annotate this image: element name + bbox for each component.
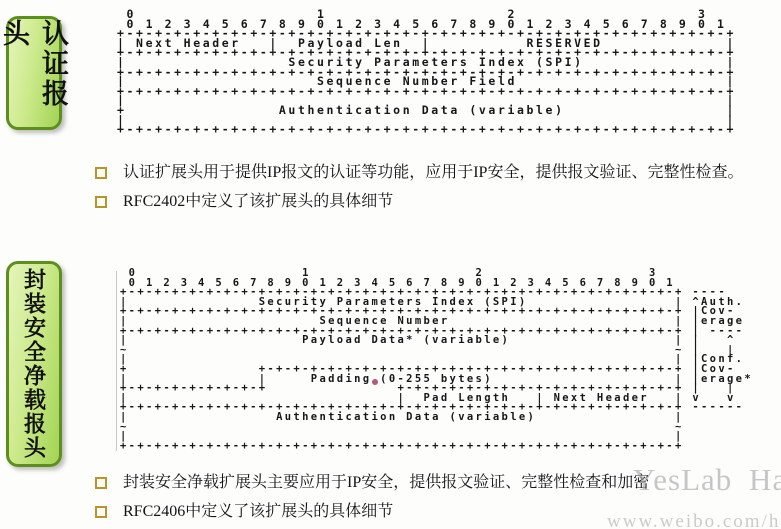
slide: 认证报头 0 1 2 3 0 1 2 3 4 5 6 7 8 9 0 1 2 3… [0, 0, 781, 529]
esp-packet-ascii-diagram: 0 1 2 3 0 1 2 3 4 5 6 7 8 9 0 1 2 3 4 5 … [120, 269, 753, 451]
bullet-text: RFC2402中定义了该扩展头的具体细节 [123, 192, 393, 212]
ah-section-side-label: 认证报头 [6, 16, 62, 130]
bullet-item: RFC2402中定义了该扩展头的具体细节 [94, 192, 743, 212]
bullet-square-icon [95, 477, 107, 489]
bullet-text: RFC2406中定义了该扩展头的具体细节 [123, 502, 393, 522]
watermark-text: YesLab Ha [633, 462, 781, 498]
bullet-item: 认证扩展头用于提供IP报文的认证等功能，应用于IP安全，提供报文验证、完整性检查… [94, 163, 743, 183]
bullet-text: 认证扩展头用于提供IP报文的认证等功能，应用于IP安全，提供报文验证、完整性检查… [123, 163, 743, 183]
esp-section-side-label: 封装安全净载报头 [6, 261, 62, 467]
textbox-edge-line [116, 271, 117, 451]
bullet-text: 封装安全净载扩展头主要应用于IP安全，提供报文验证、完整性检查和加密 [123, 473, 649, 493]
ah-bullet-list: 认证扩展头用于提供IP报文的认证等功能，应用于IP安全，提供报文验证、完整性检查… [94, 163, 743, 212]
esp-bullet-list: 封装安全净载扩展头主要应用于IP安全，提供报文验证、完整性检查和加密 RFC24… [94, 473, 649, 522]
bullet-square-icon [95, 196, 107, 208]
bullet-square-icon [95, 167, 107, 179]
watermark-url: www.weibo.com/h [607, 511, 780, 529]
bullet-square-icon [95, 506, 107, 518]
bullet-item: 封装安全净载扩展头主要应用于IP安全，提供报文验证、完整性检查和加密 [94, 473, 649, 493]
ah-packet-ascii-diagram: 0 1 2 3 0 1 2 3 4 5 6 7 8 9 0 1 2 3 4 5 … [117, 10, 736, 135]
bullet-item: RFC2406中定义了该扩展头的具体细节 [94, 502, 649, 522]
laser-pointer-dot [372, 379, 378, 385]
